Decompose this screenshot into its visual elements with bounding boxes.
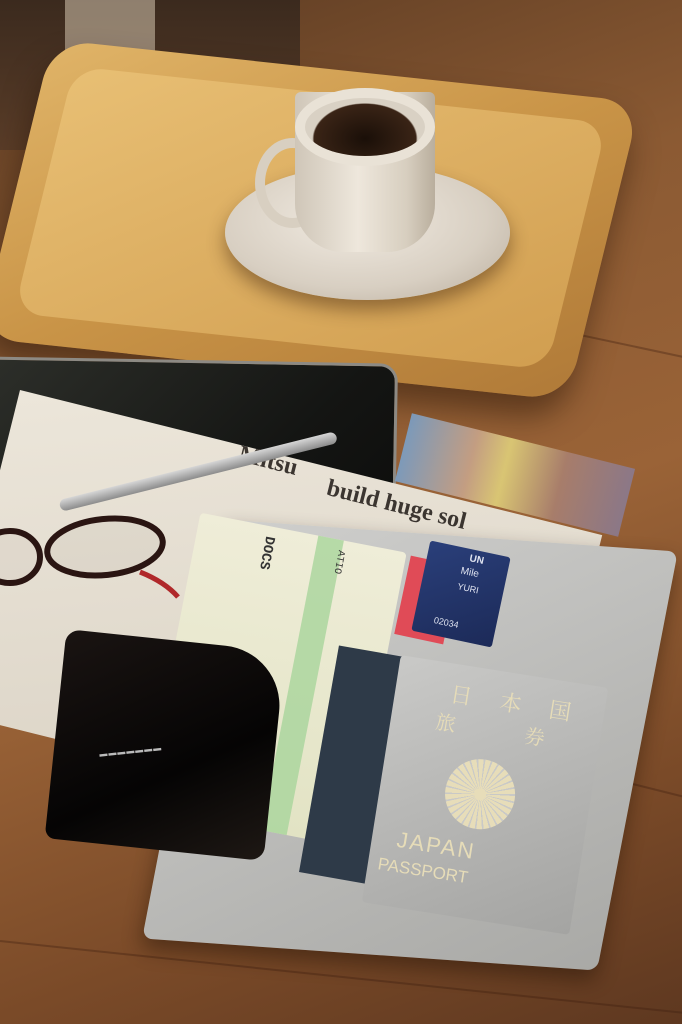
boarding-pass-code: DOCS: [255, 535, 277, 571]
card-brand: UN: [468, 553, 484, 567]
card-line-1: Mile: [460, 566, 480, 581]
japan-passport: 日本国 旅券 JAPAN PASSPORT: [362, 655, 609, 935]
black-card-case: ▬▬▬▬▬▬▬: [45, 629, 286, 861]
card-number: 02034: [433, 615, 460, 630]
reading-glasses: [0, 512, 190, 602]
coffee: [305, 98, 425, 156]
card-line-2: YURI: [457, 581, 480, 595]
chrysanthemum-emblem-icon: [440, 754, 520, 834]
photo-scene: Mitsu build huge sol DOCS ATIO AMERICAN …: [0, 0, 682, 1024]
case-engraving: ▬▬▬▬▬▬▬: [99, 743, 163, 759]
